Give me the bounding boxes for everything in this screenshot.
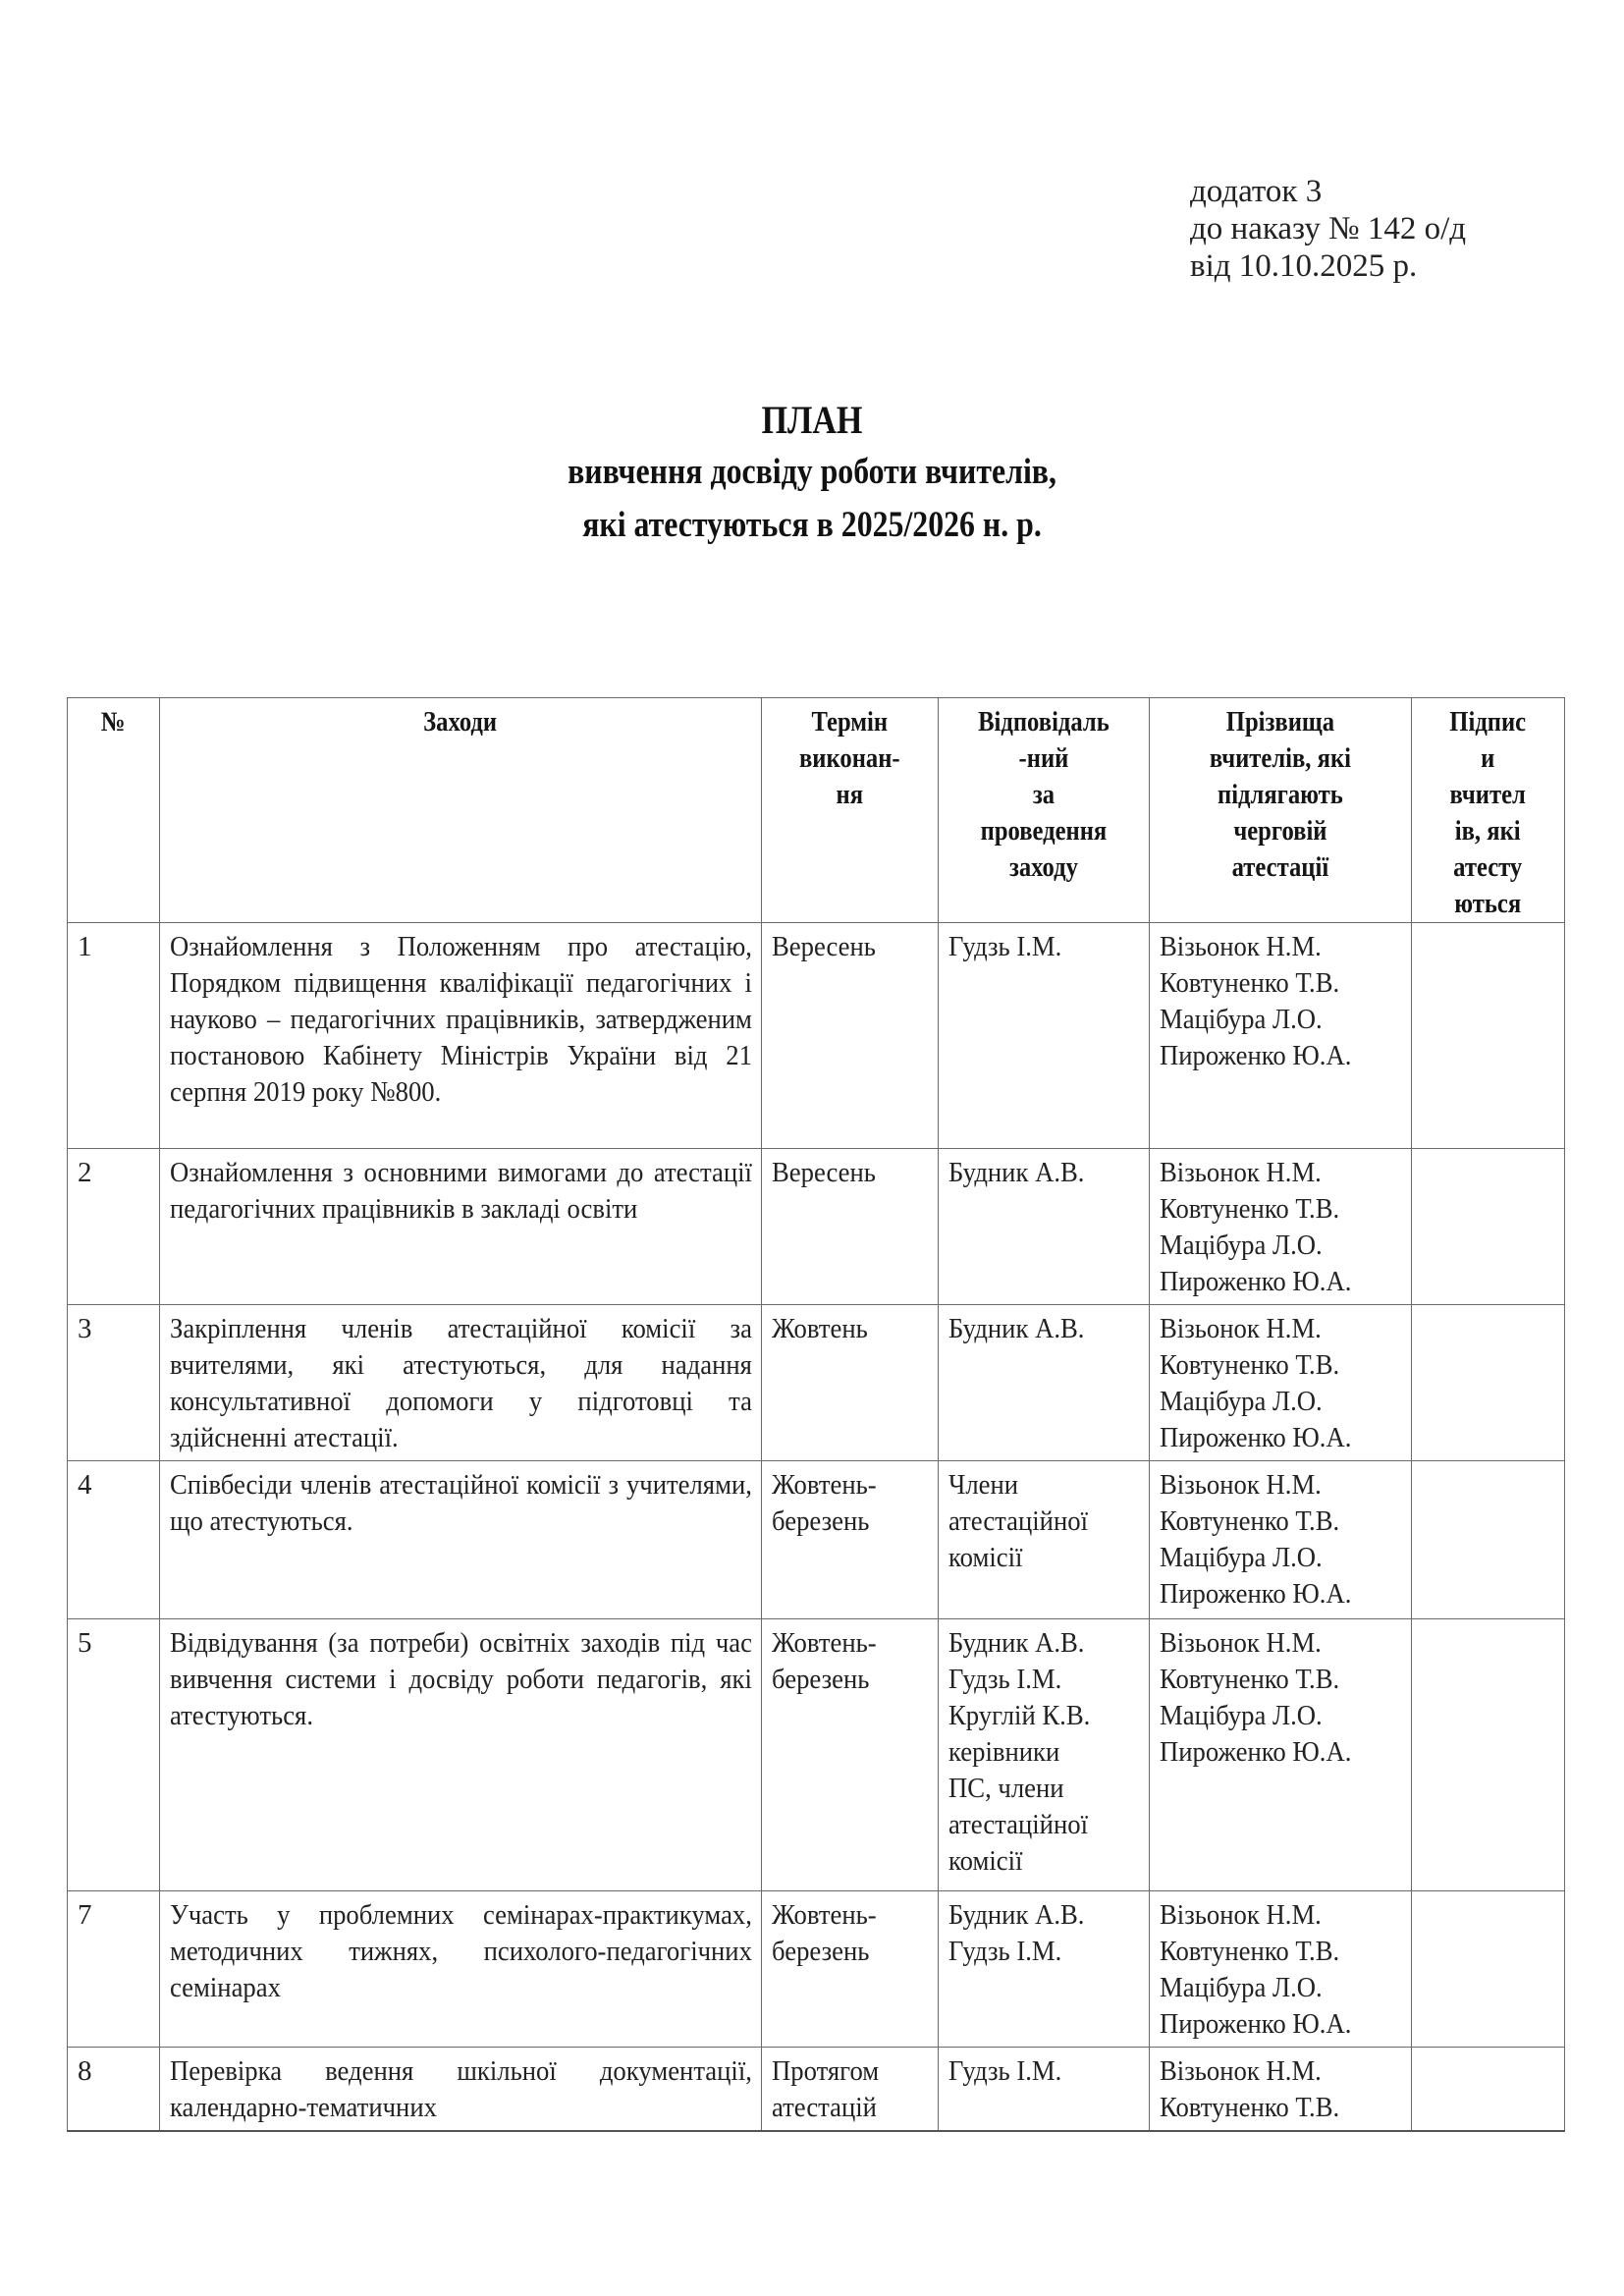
appendix-reference: додаток 3 до наказу № 142 о/д від 10.10.… — [1190, 173, 1466, 285]
header-measures: Заходи — [160, 698, 762, 923]
row-term: Жовтень — [762, 1305, 939, 1461]
table-row: 2Ознайомлення з основними вимогами до ат… — [68, 1149, 1565, 1305]
row-measure: Ознайомлення з основними вимогами до ате… — [160, 1149, 762, 1305]
row-responsible: Будник А.В. — [939, 1305, 1150, 1461]
appendix-number: додаток 3 — [1190, 173, 1466, 210]
row-measure: Участь у проблемних семінарах-практикума… — [160, 1891, 762, 2048]
row-number: 3 — [68, 1305, 160, 1461]
order-reference: до наказу № 142 о/д — [1190, 210, 1466, 247]
row-signature-field — [1412, 1461, 1565, 1619]
document-title: ПЛАН вивчення досвіду роботи вчителів, я… — [0, 397, 1624, 550]
table-header-row: № Заходи Термінвиконан-ня Відповідаль-ни… — [68, 698, 1565, 923]
row-number: 8 — [68, 2048, 160, 2132]
row-responsible: Будник А.В.Гудзь І.М.Круглій К.В.керівни… — [939, 1619, 1150, 1891]
row-signature-field — [1412, 1149, 1565, 1305]
row-responsible: Гудзь І.М. — [939, 2048, 1150, 2132]
row-signature-field — [1412, 1619, 1565, 1891]
row-signature-field — [1412, 1891, 1565, 2048]
row-term: Протягоматестацій — [762, 2048, 939, 2132]
header-signature: Підписивчителів, якіатестуються — [1412, 698, 1565, 923]
row-term: Вересень — [762, 1149, 939, 1305]
row-teachers: Візьонок Н.М.Ковтуненко Т.В.Мацібура Л.О… — [1150, 1619, 1412, 1891]
order-date: від 10.10.2025 р. — [1190, 247, 1466, 285]
header-number: № — [68, 698, 160, 923]
row-teachers: Візьонок Н.М.Ковтуненко Т.В.Мацібура Л.О… — [1150, 1891, 1412, 2048]
table-row: 7Участь у проблемних семінарах-практикум… — [68, 1891, 1565, 2048]
table-row: 4Співбесіди членів атестаційної комісії … — [68, 1461, 1565, 1619]
header-term: Термінвиконан-ня — [762, 698, 939, 923]
title-subtitle-line-2: які атестуються в 2025/2026 н. р. — [114, 501, 1510, 550]
table-row: 5Відвідування (за потреби) освітніх захо… — [68, 1619, 1565, 1891]
row-number: 4 — [68, 1461, 160, 1619]
row-measure: Ознайомлення з Положенням про атестацію,… — [160, 923, 762, 1149]
table-row: 1Ознайомлення з Положенням про атестацію… — [68, 923, 1565, 1149]
row-term: Вересень — [762, 923, 939, 1149]
row-number: 2 — [68, 1149, 160, 1305]
row-teachers: Візьонок Н.М.Ковтуненко Т.В.Мацібура Л.О… — [1150, 1305, 1412, 1461]
row-measure: Співбесіди членів атестаційної комісії з… — [160, 1461, 762, 1619]
row-term: Жовтень-березень — [762, 1461, 939, 1619]
title-subtitle-line-1: вивчення досвіду роботи вчителів, — [114, 448, 1510, 497]
row-signature-field — [1412, 2048, 1565, 2132]
header-responsible: Відповідаль-нийзапроведеннязаходу — [939, 698, 1150, 923]
row-responsible: Гудзь І.М. — [939, 923, 1150, 1149]
row-teachers: Візьонок Н.М.Ковтуненко Т.В.Мацібура Л.О… — [1150, 1461, 1412, 1619]
row-number: 7 — [68, 1891, 160, 2048]
table-row: 8Перевірка ведення шкільної документації… — [68, 2048, 1565, 2132]
plan-table: № Заходи Термінвиконан-ня Відповідаль-ни… — [67, 697, 1565, 2132]
title-main: ПЛАН — [122, 397, 1502, 444]
header-teachers: Прізвищавчителів, якіпідлягаютьчерговійа… — [1150, 698, 1412, 923]
table-row: 3Закріплення членів атестаційної комісії… — [68, 1305, 1565, 1461]
row-number: 1 — [68, 923, 160, 1149]
row-measure: Перевірка ведення шкільної документації,… — [160, 2048, 762, 2132]
row-measure: Відвідування (за потреби) освітніх заход… — [160, 1619, 762, 1891]
row-responsible: Будник А.В. — [939, 1149, 1150, 1305]
row-term: Жовтень-березень — [762, 1619, 939, 1891]
row-term: Жовтень-березень — [762, 1891, 939, 2048]
row-teachers: Візьонок Н.М.Ковтуненко Т.В.Мацібура Л.О… — [1150, 923, 1412, 1149]
row-measure: Закріплення членів атестаційної комісії … — [160, 1305, 762, 1461]
table-body: 1Ознайомлення з Положенням про атестацію… — [68, 923, 1565, 2132]
row-teachers: Візьонок Н.М.Ковтуненко Т.В.Мацібура Л.О… — [1150, 1149, 1412, 1305]
row-responsible: Будник А.В.Гудзь І.М. — [939, 1891, 1150, 2048]
row-signature-field — [1412, 923, 1565, 1149]
row-signature-field — [1412, 1305, 1565, 1461]
row-number: 5 — [68, 1619, 160, 1891]
row-teachers: Візьонок Н.М.Ковтуненко Т.В. — [1150, 2048, 1412, 2132]
row-responsible: Члениатестаційноїкомісії — [939, 1461, 1150, 1619]
